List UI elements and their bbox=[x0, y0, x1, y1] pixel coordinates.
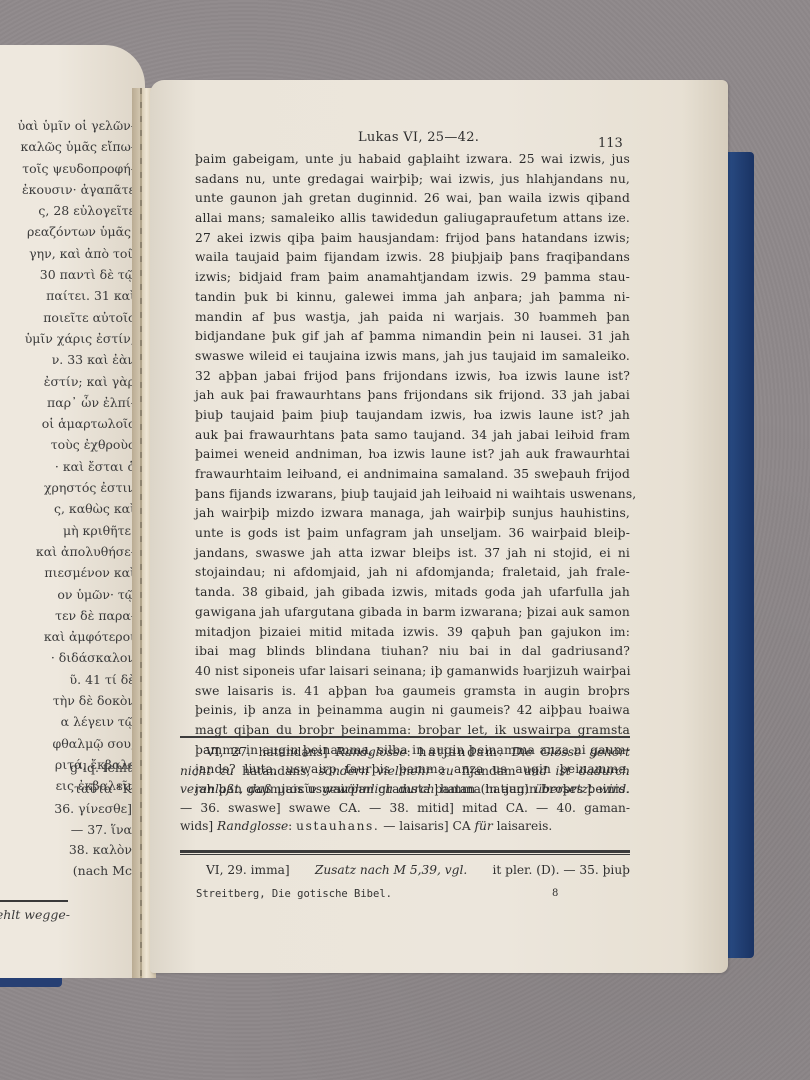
left-page: ὐαὶ ὑμῖν οἱ γελῶν-καλῶς ὑμᾶς εἴπω-τοῖς ψ… bbox=[0, 45, 145, 978]
greek-text-column: ὐαὶ ὑμῖν οἱ γελῶν-καλῶς ὑμᾶς εἴπω-τοῖς ψ… bbox=[0, 115, 135, 797]
text-line: þeinis, iþ anza in þeinamma augin ni gau… bbox=[195, 701, 630, 721]
text-line: bidjandane þuk gif jah af þamma nimandin… bbox=[195, 327, 630, 347]
text-line: auk þai frawaurhtans þata samo taujand. … bbox=[195, 426, 630, 446]
text-line: þiuþ taujaid þaim þiuþ taujandam izwis, … bbox=[195, 406, 630, 426]
apparatus-line-3: veranlaßt, daß μισεῖν gewöhnlich durch h… bbox=[180, 780, 630, 799]
greek-line: · καὶ ἔσται ὁ bbox=[0, 456, 135, 477]
left-footnotes: g¹lq. fehltταῦτα *K36. γίνεσθε]— 37. ἵνα… bbox=[0, 758, 132, 881]
greek-line: καὶ ἀπολυθήσε- bbox=[0, 541, 135, 562]
left-footnote-line: ταῦτα *K bbox=[0, 779, 132, 800]
greek-line: ἐστίν; καὶ γὰρ bbox=[0, 371, 135, 392]
greek-line: ν. 33 καὶ ἐὰν bbox=[0, 349, 135, 370]
text-line: unte gaunon jah gretan duginnid. 26 wai,… bbox=[195, 189, 630, 209]
apparatus-line-5: wids] Randglosse: ustauhans. — laisaris]… bbox=[180, 817, 630, 836]
greek-line: α λέγειν τῷ bbox=[0, 711, 135, 732]
text-line: frawaurhtaim leiƕand, ei andnimaina sama… bbox=[195, 465, 630, 485]
apparatus-double-rule bbox=[180, 850, 630, 855]
left-footnote-rule bbox=[0, 900, 68, 902]
apparatus-line-1: VI, 27. hatandans] Randglosse: hatjandam… bbox=[180, 743, 630, 762]
greek-line: πιεσμένον καὶ bbox=[0, 562, 135, 583]
greek-line: 30 παντὶ δὲ τῷ bbox=[0, 264, 135, 285]
page-number: 113 bbox=[598, 136, 623, 151]
text-line: 40 nist siponeis ufar laisari seinana; i… bbox=[195, 662, 630, 682]
greek-line: καλῶς ὑμᾶς εἴπω- bbox=[0, 136, 135, 157]
text-line: þaimei weneid andniman, ƕa izwis laune i… bbox=[195, 445, 630, 465]
text-line: sadans nu, unte gredagai wairþiþ; wai iz… bbox=[195, 170, 630, 190]
sheet-number: 8 bbox=[552, 888, 558, 899]
greek-line: χρηστός ἐστιν bbox=[0, 477, 135, 498]
apparatus-line-2: nicht zu hatandans, sondern vielmehr zu … bbox=[180, 762, 630, 781]
greek-line: τοὺς ἐχθροὺς bbox=[0, 434, 135, 455]
apparatus-rule bbox=[180, 736, 630, 738]
text-line: tanda. 38 gibaid, jah gibada izwis, mita… bbox=[195, 583, 630, 603]
text-line: jah auk þai frawaurhtans þans frijondans… bbox=[195, 386, 630, 406]
greek-line: τὴν δὲ δοκὸν bbox=[0, 690, 135, 711]
greek-line: τοῖς ψευδοπροφή- bbox=[0, 158, 135, 179]
text-line: tandin þuk bi kinnu, galewei imma jah an… bbox=[195, 288, 630, 308]
greek-line: ς, 28 εὐλογεῖτε bbox=[0, 200, 135, 221]
text-line: jah wairþiþ mizdo izwara managa, jah wai… bbox=[195, 504, 630, 524]
greek-line: οἱ ἁμαρτωλοῖς bbox=[0, 413, 135, 434]
greek-line: ὐαὶ ὑμῖν οἱ γελῶν- bbox=[0, 115, 135, 136]
text-line: swaswe wileid ei taujaina izwis mans, ja… bbox=[195, 347, 630, 367]
text-line: izwis; bidjaid fram þaim anamahtjandam i… bbox=[195, 268, 630, 288]
text-line: unte is gods ist þaim unfagram jah unsel… bbox=[195, 524, 630, 544]
second-apparatus: VI, 29. imma] Zusatz nach M 5,39, vgl. i… bbox=[206, 863, 630, 877]
greek-line: παίτει. 31 καὶ bbox=[0, 285, 135, 306]
running-title: Lukas VI, 25—42. bbox=[358, 130, 479, 145]
greek-line: μὴ κριθῆτε· bbox=[0, 520, 135, 541]
left-footnote-line: (nach Mc bbox=[0, 861, 132, 882]
text-line: swe laisaris is. 41 aþþan ƕa gaumeis gra… bbox=[195, 682, 630, 702]
left-footnote-line: — 37. ἵνα bbox=[0, 820, 132, 841]
critical-apparatus: VI, 27. hatandans] Randglosse: hatjandam… bbox=[180, 743, 630, 836]
left-footnote-bottom: fehlt wegge- bbox=[0, 907, 70, 922]
text-line: stojaindau; ni afdomjaid, jah ni afdomja… bbox=[195, 563, 630, 583]
greek-line: ποιεῖτε αὐτοῖς bbox=[0, 307, 135, 328]
left-footnote-line: 38. καλὸν bbox=[0, 840, 132, 861]
printer-signature: Streitberg, Die gotische Bibel. 8 bbox=[196, 888, 586, 900]
photo-scene: ὐαὶ ὑμῖν οἱ γελῶν-καλῶς ὑμᾶς εἴπω-τοῖς ψ… bbox=[0, 0, 810, 1080]
greek-line: ῦ. 41 τί δὲ bbox=[0, 669, 135, 690]
greek-line: · διδάσκαλον bbox=[0, 647, 135, 668]
text-line: mitadjon þizaiei mitid mitada izwis. 39 … bbox=[195, 623, 630, 643]
text-line: gawigana jah ufargutana gibada in barm i… bbox=[195, 603, 630, 623]
greek-line: ρεαζόντων ὑμᾶς. bbox=[0, 221, 135, 242]
gothic-text-body: þaim gabeigam, unte ju habaid gaþlaiht i… bbox=[195, 150, 630, 800]
text-line: allai mans; samaleiko allis tawidedun ga… bbox=[195, 209, 630, 229]
left-footnote-line: 36. γίνεσθε] bbox=[0, 799, 132, 820]
text-line: 27 akei izwis qiþa þaim hausjandam: frij… bbox=[195, 229, 630, 249]
text-line: jandans, swaswe jah atta izwar bleiþs is… bbox=[195, 544, 630, 564]
apparatus-line-4: — 36. swaswe] swawe CA. — 38. mitid] mit… bbox=[180, 799, 630, 818]
greek-line: ον ὑμῶν· τῷ bbox=[0, 584, 135, 605]
text-line: 32 aþþan jabai frijod þans frijondans iz… bbox=[195, 367, 630, 387]
text-line: mandin af þus wastja, jah paida ni warja… bbox=[195, 308, 630, 328]
greek-line: γην, καὶ ἀπὸ τοῦ bbox=[0, 243, 135, 264]
greek-line: τεν δὲ παρα- bbox=[0, 605, 135, 626]
greek-line: φθαλμῷ σου, bbox=[0, 733, 135, 754]
text-line: þans fijands izwarans, þiuþ taujaid jah … bbox=[195, 485, 630, 505]
text-line: þaim gabeigam, unte ju habaid gaþlaiht i… bbox=[195, 150, 630, 170]
greek-line: καὶ ἀμφότεροι bbox=[0, 626, 135, 647]
text-line: ibai mag blinds blindana tiuhan? niu bai… bbox=[195, 642, 630, 662]
left-footnote-line: g¹lq. fehlt bbox=[0, 758, 132, 779]
greek-line: ς, καθὼς καὶ bbox=[0, 498, 135, 519]
right-page: Lukas VI, 25—42. 113 þaim gabeigam, unte… bbox=[150, 80, 728, 973]
greek-line: ὑμῖν χάρις ἐστίν; bbox=[0, 328, 135, 349]
greek-line: ἐκουσιν· ἀγαπᾶτε bbox=[0, 179, 135, 200]
greek-line: παρ᾿ ὧν ἐλπί- bbox=[0, 392, 135, 413]
text-line: waila taujaid þaim fijandam izwis. 28 þi… bbox=[195, 248, 630, 268]
